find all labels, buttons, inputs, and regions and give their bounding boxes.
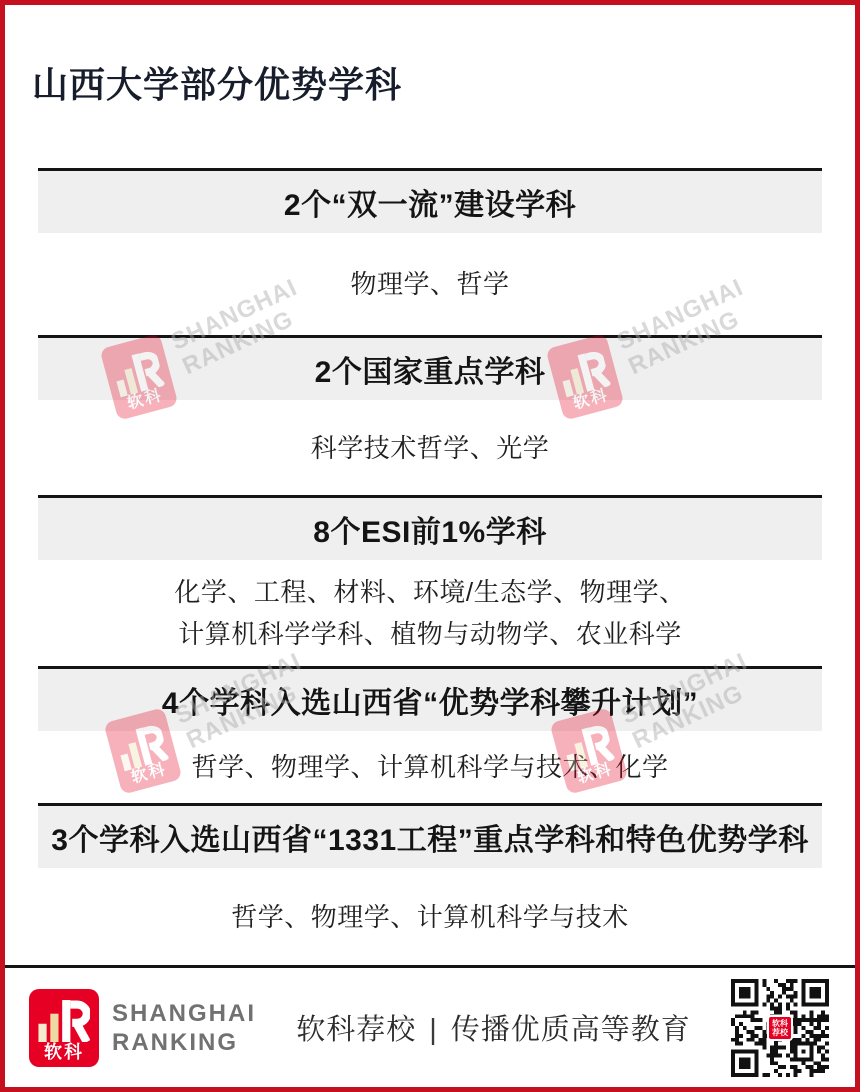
discipline-section: 3个学科入选山西省“1331工程”重点学科和特色优势学科 哲学、物理学、计算机科… [38,803,822,965]
discipline-section: 2个国家重点学科 科学技术哲学、光学 [38,335,822,495]
discipline-section: 8个ESI前1%学科 化学、工程、材料、环境/生态学、物理学、计算机科学学科、植… [38,495,822,666]
qr-code: 软科 荐校 [731,979,829,1077]
footer: 软科 SHANGHAI RANKING 软科荐校|传播优质高等教育 软科 荐校 [5,965,855,1087]
section-header: 4个学科入选山西省“优势学科攀升计划” [162,678,698,722]
brand-name: SHANGHAI RANKING [112,999,256,1057]
section-content: 化学、工程、材料、环境/生态学、物理学、计算机科学学科、植物与动物学、农业科学 [38,560,822,666]
brand-line1: SHANGHAI [112,999,256,1028]
discipline-list-line: 物理学、哲学 [350,263,509,305]
discipline-list-line: 科学技术哲学、光学 [311,427,550,469]
discipline-list-line: 哲学、物理学、计算机科学与技术、化学 [191,746,668,788]
discipline-section: 2个“双一流”建设学科 物理学、哲学 [38,168,822,335]
qr-badge-line2: 荐校 [772,1028,788,1037]
section-header: 2个“双一流”建设学科 [284,180,576,224]
page-title: 山西大学部分优势学科 [32,63,402,107]
section-header-bar: 2个“双一流”建设学科 [38,168,822,233]
discipline-list-line: 化学、工程、材料、环境/生态学、物理学、 [174,571,685,613]
section-header: 2个国家重点学科 [315,347,546,391]
tagline-right: 传播优质高等教育 [451,1014,691,1046]
section-header-bar: 4个学科入选山西省“优势学科攀升计划” [38,666,822,731]
infographic-page: 山西大学部分优势学科 2个“双一流”建设学科 物理学、哲学 2个国家重点学科 科… [0,0,860,1092]
section-content: 哲学、物理学、计算机科学与技术、化学 [38,731,822,803]
footer-tagline: 软科荐校|传播优质高等教育 [256,1007,731,1048]
section-header-bar: 3个学科入选山西省“1331工程”重点学科和特色优势学科 [38,803,822,868]
discipline-list-line: 计算机科学学科、植物与动物学、农业科学 [178,613,682,655]
section-content: 物理学、哲学 [38,233,822,335]
section-header: 8个ESI前1%学科 [313,507,546,551]
logo-bars-icon [38,1000,90,1042]
discipline-section: 4个学科入选山西省“优势学科攀升计划” 哲学、物理学、计算机科学与技术、化学 [38,666,822,803]
tagline-left: 软科荐校 [296,1014,416,1046]
logo-label: 软科 [44,1042,84,1062]
qr-center-badge: 软科 荐校 [767,1015,793,1041]
section-content: 科学技术哲学、光学 [38,400,822,495]
qr-badge-line1: 软科 [772,1019,788,1028]
shanghairanking-logo: 软科 [29,989,99,1067]
brand-logo-group: 软科 SHANGHAI RANKING [29,989,256,1067]
tagline-separator: | [416,1014,451,1046]
section-header-bar: 2个国家重点学科 [38,335,822,400]
section-content: 哲学、物理学、计算机科学与技术 [38,868,822,965]
section-header-bar: 8个ESI前1%学科 [38,495,822,560]
section-header: 3个学科入选山西省“1331工程”重点学科和特色优势学科 [51,815,808,859]
discipline-list-line: 哲学、物理学、计算机科学与技术 [231,896,629,938]
brand-line2: RANKING [112,1028,256,1057]
